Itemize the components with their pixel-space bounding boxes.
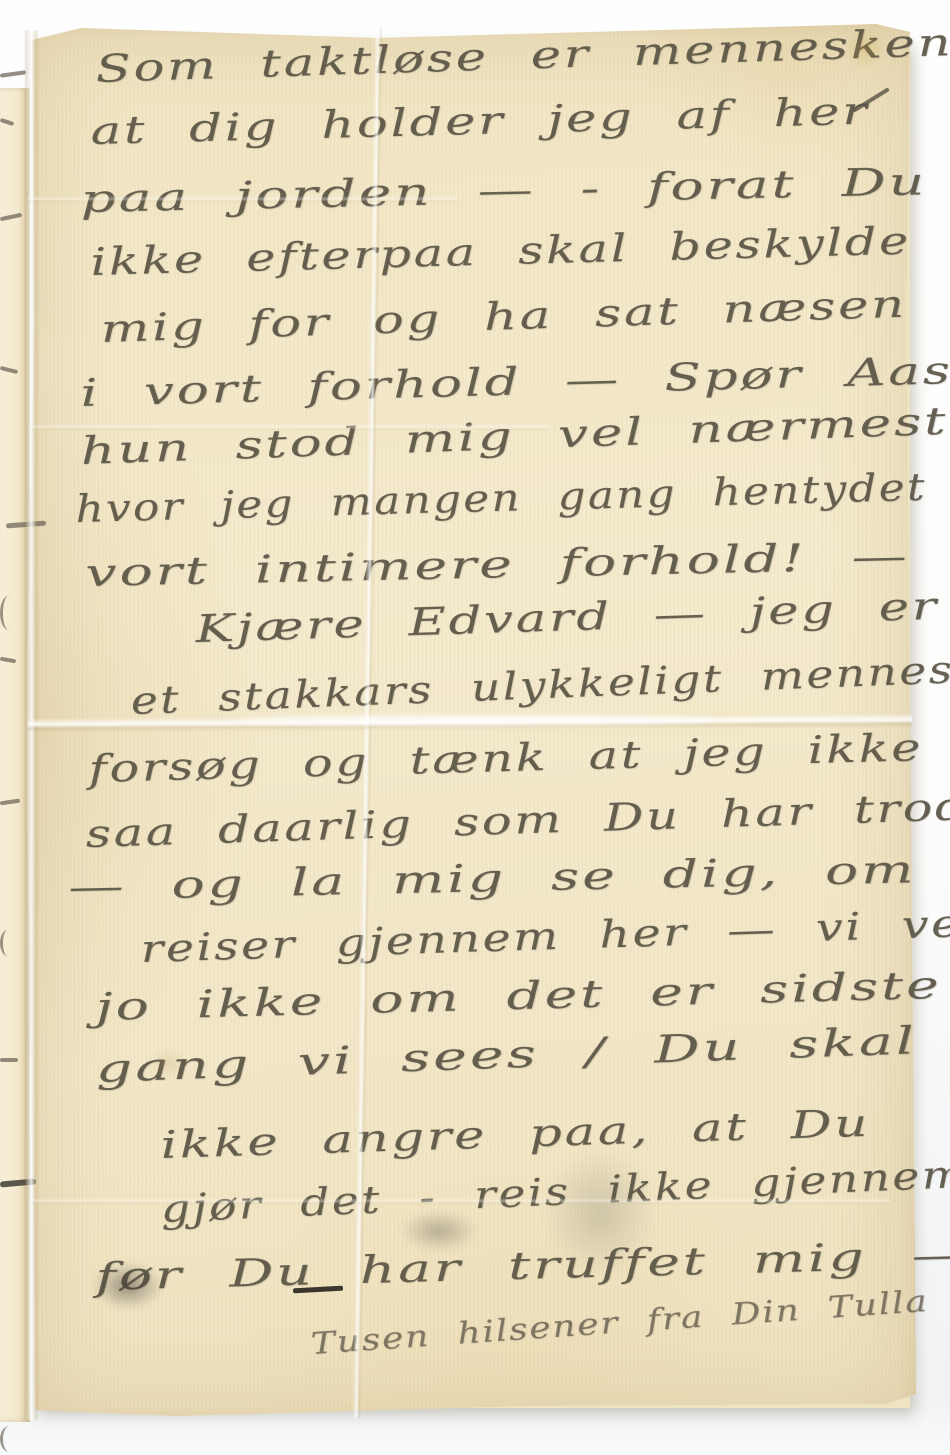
letter-scan: Som taktløse er menneskene — at dig hold…: [0, 0, 950, 1455]
edge-writing-fragment: [0, 930, 15, 956]
left-page-edge: [0, 88, 30, 1422]
yellow-stain: [845, 30, 885, 68]
dark-ink-smudge: [92, 1262, 164, 1310]
edge-writing-fragment: [0, 596, 17, 630]
edge-writing-fragment: [0, 70, 26, 78]
edge-writing-fragment: [0, 1058, 18, 1062]
edge-writing-fragment: [0, 1426, 19, 1452]
ink-smudge: [400, 1210, 478, 1252]
faint-stain: [150, 1048, 186, 1078]
grey-finger-smudge: [545, 1150, 655, 1275]
